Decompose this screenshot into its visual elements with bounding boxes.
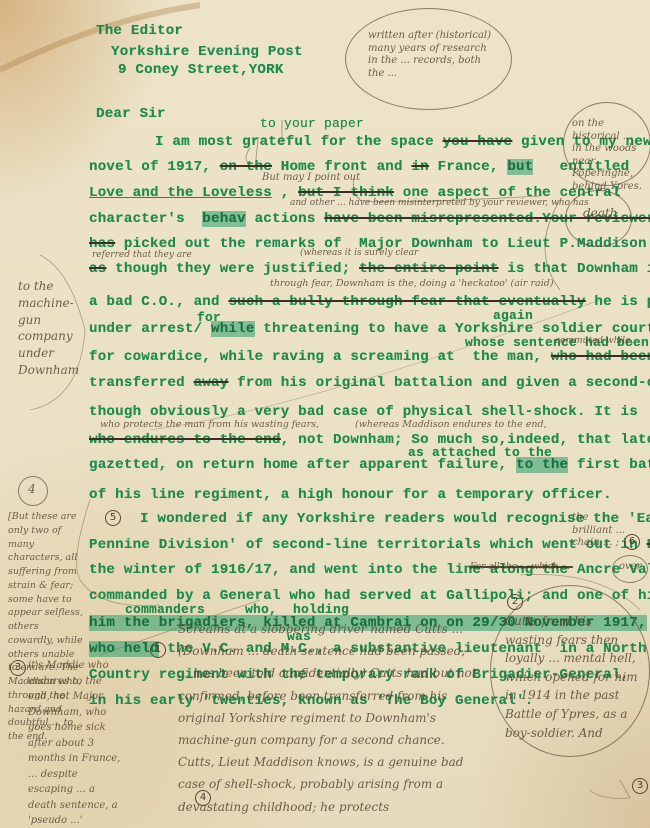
annotation-interline-l11b: (whereas Maddison endures to the end, [355,419,547,431]
salutation: Dear Sir [96,107,166,121]
annotation-number-1: 1 [150,642,166,658]
recipient-name: The Editor [96,24,183,38]
annotation-right-note-6: the brilliant ... chain ... ; [572,512,627,550]
annotation-top-right-note: written after (historical) many years of… [368,30,498,80]
annotation-struck-note: For all the ... which ... [470,562,573,573]
annotation-interline-l9-right: commuted while, [555,336,633,347]
recipient-address: 9 Coney Street,YORK [118,63,284,77]
annotation-number-4: 4 [28,482,36,497]
annotation-interline-l6b: (whereas it is surely clear [300,248,418,259]
annotation-left-note-3: it's Maddie who endures to the end, not … [28,658,123,828]
annotation-interline-l11: who protects the man from his wasting fe… [100,419,319,431]
annotation-interline-l3: But may I point out [262,172,360,185]
novel-title: Love and the Loveless [89,185,272,201]
body-line-16: Pennine Division' of second-line territo… [89,538,650,552]
annotation-left-machine-gun: to the machine-gun company under Downham [18,278,88,379]
body-line-12: who endures to the end, not Downham; So … [89,433,650,447]
annotation-interline-l7: through fear, Downham is the, doing a 'h… [270,278,554,290]
annotation-number-2: 2 [507,594,523,610]
annotation-number-3-end: 3 [632,778,648,794]
body-line-11: though obviously a very bad case of phys… [89,405,650,419]
annotation-over: over [619,561,641,574]
annotation-interline-l6: referred that they are [92,250,192,261]
annotation-number-4-bottom: 4 [195,790,211,806]
annotation-interline-l4: and other ... have been misinterpreted b… [290,198,589,209]
body-line-14: of his line regiment, a high honour for … [89,488,612,502]
annotation-note-1: Screams at a slobbering driver named Cut… [178,618,478,818]
annotation-number-5-circle: 5 [105,510,121,526]
body-line-13: gazetted, on return home after apparent … [89,458,650,472]
annotation-number-6: 6 [624,534,640,550]
insertion-to-your-paper: to your paper [260,117,364,130]
body-line-9: for cowardice, while raving a screaming … [89,350,650,364]
annotation-right-note-1: on the historical ... in the woods near … [572,118,644,193]
annotation-note-2: Cutts from his wasting fears then loyall… [505,612,640,742]
annotation-spacer [512,508,552,526]
body-line-6: as though they were justified; the entir… [89,262,650,276]
body-line-7: a bad C.O., and such a bully through fea… [89,295,650,309]
body-line-10: transferred away from his original batta… [89,376,650,390]
recipient-organization: Yorkshire Evening Post [111,45,303,59]
annotation-number-3: 3 [10,660,26,676]
letter-paper: The Editor Yorkshire Evening Post 9 Cone… [0,0,650,828]
